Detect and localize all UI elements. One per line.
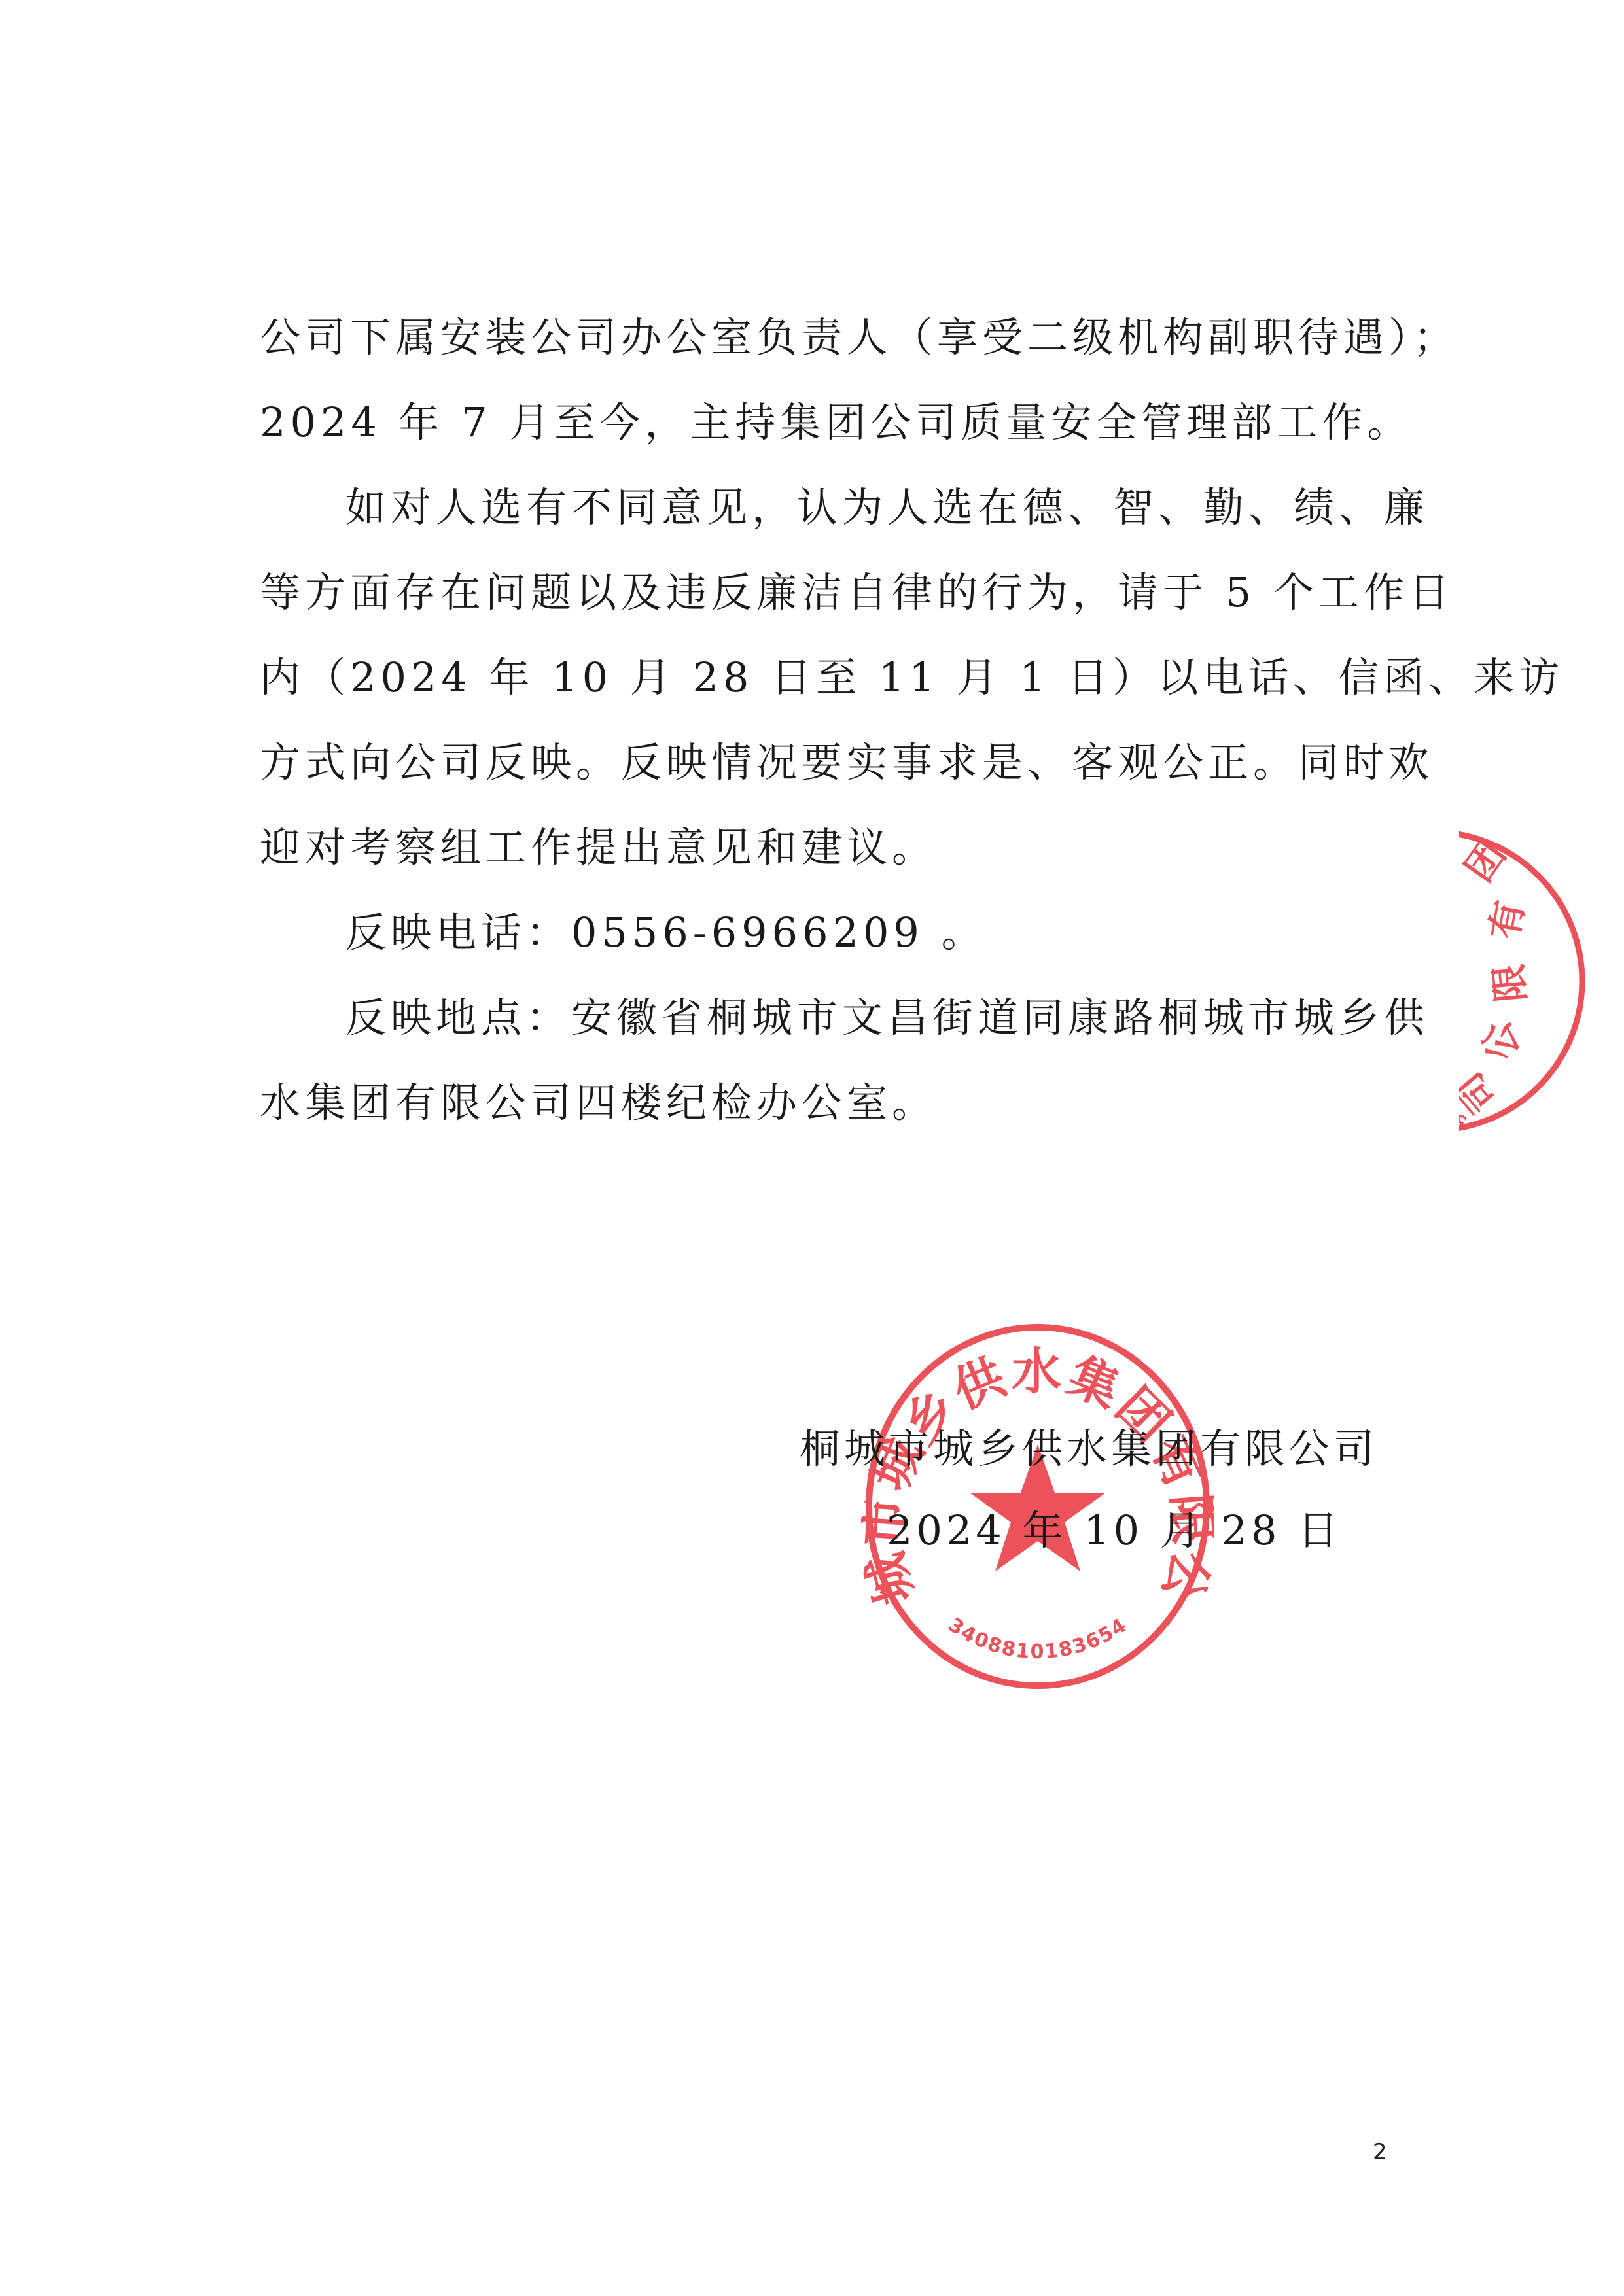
document-page: 公司下属安装公司办公室负责人（享受二级机构副职待遇）； 2024 年 7 月至今…	[0, 0, 1624, 2296]
body-line-1: 公司下属安装公司办公室负责人（享受二级机构副职待遇）；	[260, 311, 1372, 364]
signature-date: 2024 年 10 月 28 日	[887, 1505, 1342, 1557]
body-line-5: 内（2024 年 10 月 28 日至 11 月 1 日）以电话、信函、来访	[260, 652, 1372, 704]
svg-text:有: 有	[1482, 897, 1532, 942]
contact-phone-line: 反映电话：0556-6966209 。	[345, 907, 1458, 959]
svg-text:3408810183654: 3408810183654	[944, 1614, 1132, 1664]
body-line-6: 方式向公司反映。反映情况要实事求是、客观公正。同时欢	[260, 737, 1372, 789]
body-line-4: 等方面存在问题以及违反廉洁自律的行为，请于 5 个工作日	[260, 566, 1372, 619]
signature-organization: 桐城市城乡供水集团有限公司	[800, 1423, 1378, 1475]
body-line-2: 2024 年 7 月至今，主持集团公司质量安全管理部工作。	[260, 396, 1372, 449]
svg-text:限: 限	[1486, 962, 1534, 1004]
cross-page-seal: 团 有 限 公 司 54	[1459, 824, 1624, 1138]
seal-arc-icon: 团 有 限 公 司 54	[1459, 824, 1624, 1138]
page-number: 2	[1373, 2138, 1387, 2166]
body-line-3: 如对人选有不同意见，认为人选在德、智、勤、绩、廉	[345, 481, 1458, 534]
body-line-7: 迎对考察组工作提出意见和建议。	[260, 822, 1372, 874]
svg-text:公: 公	[1473, 1016, 1528, 1067]
svg-text:团: 团	[1459, 833, 1515, 890]
contact-address-line-cont: 水集团有限公司四楼纪检办公室。	[260, 1077, 1372, 1129]
contact-address-line: 反映地点：安徽省桐城市文昌街道同康路桐城市城乡供	[345, 992, 1458, 1044]
